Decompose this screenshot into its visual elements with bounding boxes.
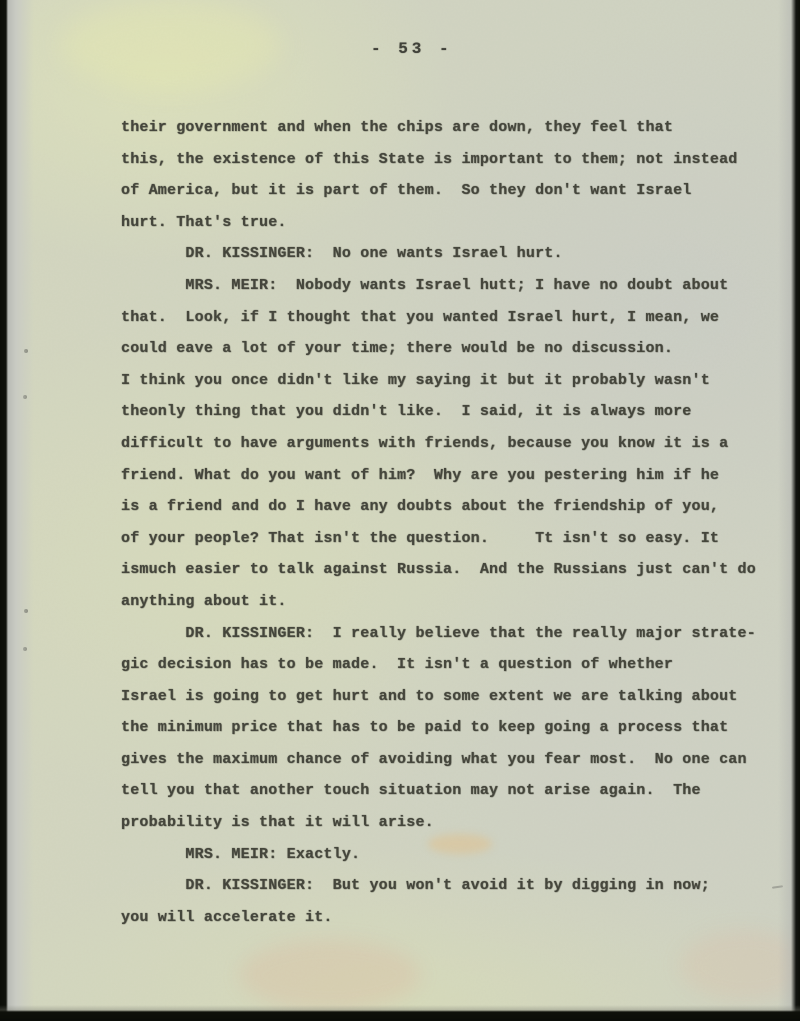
transcript-line-speaker: MRS. MEIR: Nobody wants Israel hutt; I h… <box>121 270 769 302</box>
transcript-line-speaker: DR. KISSINGER: No one wants Israel hurt. <box>121 238 769 270</box>
transcript-line: probability is that it will arise. <box>121 807 769 839</box>
scanned-document-page: - 53 - their government and when the chi… <box>0 0 800 1021</box>
transcript-line: theonly thing that you didn't like. I sa… <box>121 396 769 428</box>
transcript-line: of your people? That isn't the question.… <box>121 523 769 555</box>
scanner-edge-bottom <box>0 1005 800 1021</box>
transcript-line: tell you that another touch situation ma… <box>121 775 769 807</box>
transcript-body: their government and when the chips are … <box>121 112 769 933</box>
transcript-line: the minimum price that has to be paid to… <box>121 712 769 744</box>
transcript-line-speaker: MRS. MEIR: Exactly. <box>121 839 769 871</box>
transcript-line: ismuch easier to talk against Russia. An… <box>121 554 769 586</box>
transcript-line-speaker: DR. KISSINGER: But you won't avoid it by… <box>121 870 769 902</box>
page-number: - 53 - <box>371 40 453 58</box>
transcript-line-speaker: DR. KISSINGER: I really believe that the… <box>121 618 769 650</box>
scanner-edge-left <box>0 0 34 1021</box>
transcript-line: hurt. That's true. <box>121 207 769 239</box>
transcript-line: their government and when the chips are … <box>121 112 769 144</box>
transcript-line: anything about it. <box>121 586 769 618</box>
transcript-line: gic decision has to be made. It isn't a … <box>121 649 769 681</box>
transcript-line: difficult to have arguments with friends… <box>121 428 769 460</box>
transcript-line: this, the existence of this State is imp… <box>121 144 769 176</box>
transcript-line: is a friend and do I have any doubts abo… <box>121 491 769 523</box>
transcript-line: friend. What do you want of him? Why are… <box>121 460 769 492</box>
transcript-line: that. Look, if I thought that you wanted… <box>121 302 769 334</box>
transcript-line: Israel is going to get hurt and to some … <box>121 681 769 713</box>
transcript-line: you will accelerate it. <box>121 902 769 934</box>
transcript-line: of America, but it is part of them. So t… <box>121 175 769 207</box>
transcript-line: I think you once didn't like my saying i… <box>121 365 769 397</box>
scanner-edge-right <box>778 0 800 1021</box>
transcript-line: gives the maximum chance of avoiding wha… <box>121 744 769 776</box>
transcript-line: could eave a lot of your time; there wou… <box>121 333 769 365</box>
